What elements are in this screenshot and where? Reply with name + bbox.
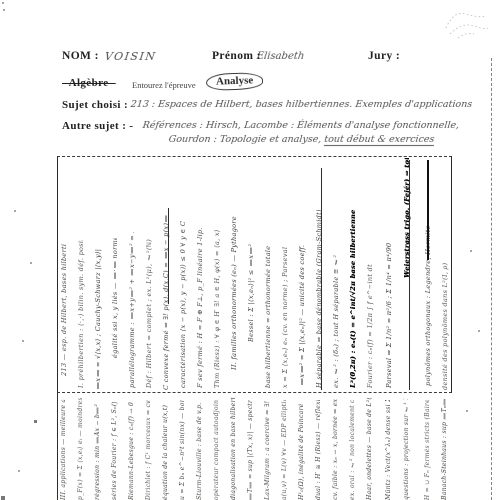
pen-rule-heavy — [427, 160, 429, 260]
references-line2: Gourdon : Topologie et analyse, tout déb… — [168, 134, 435, 145]
handwriting-column: p_F(x) = Σ ⟨x,eᵢ⟩ eᵢ — moindres carrés — [77, 398, 88, 500]
handwriting-column: diagonalisation en base hilbertienne — [230, 398, 241, 500]
scan-noise — [18, 470, 20, 472]
handwriting-column: Haar, ondelettes — base de L²(0,1) — [366, 398, 377, 500]
algebre-label-struck: - Algèbre - — [62, 77, 116, 89]
scan-edge-dashed-line — [491, 58, 492, 500]
handwriting-column: x = Σ ⟨x,eₙ⟩ eₙ (cv. en norme) ; Parseva… — [281, 160, 292, 388]
handwriting-column: Dirichlet : f C¹ morceaux ⇒ cv. simple — [145, 400, 156, 500]
scan-noise — [470, 250, 472, 252]
handwriting-column: ‖x‖ = √⟨x,x⟩ ; Cauchy-Schwarz |⟨x,y⟩| ≤ … — [94, 246, 105, 390]
handwriting-column: ex. ℓ² : (δₙ) ; tout H séparable ≅ ℓ² — [332, 172, 343, 389]
handwriting-column: F sev fermé : H = F ⊕ F⊥, p_F linéaire 1… — [196, 200, 207, 389]
handwriting-column: Banach-Steinhaus : sup ‖Tₙ‖ < ∞ — [441, 398, 452, 500]
sujet-choisi-label: Sujet choisi : — [62, 99, 128, 111]
handwriting-column: densité des polynômes dans L²(I, ρ) — [441, 162, 452, 390]
handwriting-column: parallélogramme : ‖x+y‖² + ‖x−y‖² = 2‖x‖… — [128, 232, 139, 389]
handwriting-column: dual : H′ ≅ H (Riesz) — réflexif — [315, 400, 326, 500]
frame-left-border-extension — [57, 393, 58, 500]
prenom-value: Elisabeth — [256, 51, 305, 62]
handwriting-column: Lax-Milgram : a coercive ⇒ ∃! u — [264, 399, 275, 500]
scan-noise — [22, 340, 24, 342]
pencil-scribble-stamp — [440, 4, 492, 44]
handwriting-column-emphasized: L²(0,2π) : eₙ(t) = e^int/√2π base hilber… — [349, 160, 360, 388]
references-line1: Références : Hirsch, Lacombe : Éléments … — [142, 120, 460, 131]
handwriting-column: Müntz : Vect(x^λₙ) dense ssi Σ 1/λₙ = ∞ — [385, 400, 396, 500]
scan-noise — [478, 330, 480, 332]
handwriting-column: 213 — esp. de Hilbert, bases hilbertienn… — [60, 244, 71, 377]
nom-value: VOISIN — [104, 50, 157, 63]
references-line2a: Gourdon : Topologie et analyse, — [168, 134, 325, 145]
nom-label: NOM : — [62, 50, 99, 62]
pen-rule — [321, 168, 322, 390]
handwriting-column: Déf : Hilbert = complet ; ex. L²(μ), ℓ²(… — [145, 228, 156, 388]
sujet-choisi-value: 213 : Espaces de Hilbert, bases hilberti… — [130, 99, 473, 110]
scan-noise — [14, 210, 16, 212]
handwriting-column: a(u,v) = L(v) ∀v — EDP elliptiques — [281, 400, 292, 500]
handwriting-column: cv. faible : xₙ ⇀ x, bornée ⇒ extr. — [332, 399, 343, 500]
analyse-label-circled: Analyse — [206, 72, 264, 91]
scanned-exam-sheet: NOM : VOISIN Prénom : Elisabeth Jury : -… — [0, 0, 500, 500]
handwriting-column: H¹₀(Ω), inégalité de Poincaré — [298, 398, 309, 500]
handwriting-column: ex. oral : ℓ² non localement compact — [349, 400, 360, 500]
handwriting-column: caractérisation ⟨x − p(x), y − p(x)⟩ ≤ 0… — [179, 206, 190, 388]
handwriting-column: ‖T‖ = sup |⟨Tx, x⟩| — spectre — [247, 400, 258, 500]
handwriting-column: u = Σ bₙ e^−n²t sin(nx) — bord nul — [179, 400, 190, 500]
handwriting-column: questions : projection sur ℓ¹ ? non — [403, 399, 414, 500]
references-line2b-underlined: tout début & exercices — [324, 134, 436, 146]
handwriting-column: séries de Fourier : f ∈ L², Sₙ(f) → f — [111, 402, 122, 500]
handwriting-column: base hilbertienne = orthonormée totale — [264, 166, 275, 389]
handwriting-column: Sturm-Liouville : base de v.p. — [196, 399, 207, 500]
handwriting-column: Bessel : Σ |⟨x,eₙ⟩|² ≤ ‖x‖² — [247, 162, 258, 342]
handwriting-column: égalité ssi x, y liés — ‖·‖ norme — [111, 238, 122, 358]
handwriting-column: Fourier : cₙ(f) = 1/2π ∫ f e^−int dt — [366, 164, 377, 388]
entourez-label: Entourez l'épreuve — [132, 80, 196, 90]
scan-noise — [30, 262, 32, 264]
handwriting-column: polynômes orthogonaux : Legendre, Hermit… — [424, 160, 435, 387]
handwriting-column: Riemann-Lebesgue : cₙ(f) → 0 — [128, 399, 139, 500]
scan-noise — [466, 410, 468, 412]
handwriting-column: opérateur compact autoadjoint : — [213, 400, 224, 500]
handwriting-column: III. applications — meilleure approximat… — [60, 400, 71, 500]
scan-noise — [34, 420, 37, 423]
handwriting-column: équation de la chaleur u(x,t) — [162, 398, 173, 500]
scan-noise — [1, 496, 5, 500]
pen-rule — [409, 160, 410, 390]
scan-noise — [3, 9, 5, 11]
prenom-label: Prénom : — [212, 50, 261, 62]
handwriting-column: ‖x‖² = Σ |⟨x,eₙ⟩|² — unicité des coeff. — [298, 186, 309, 386]
handwriting-column: I. préhilbertien : ⟨·,·⟩ bilin. sym. déf… — [77, 240, 88, 388]
handwriting-column: H = ∪ Fₙ fermés stricts (Baire) impossib… — [424, 400, 435, 500]
handwriting-column: Parseval ⇒ Σ 1/n² = π²/6 ; Σ 1/n⁴ = π⁴/9… — [385, 168, 396, 388]
jury-label: Jury : — [368, 50, 400, 62]
pen-rule — [168, 208, 169, 304]
scan-noise — [2, 2, 4, 4]
handwriting-column: Thm (Riesz) : ∀ φ ∈ H′ ∃! a ∈ H, φ(x) = … — [213, 164, 224, 388]
autre-sujet-label: Autre sujet : - — [62, 120, 133, 132]
handwriting-column: régression : min ‖Ax − b‖² — [94, 400, 105, 500]
handwriting-column: II. familles orthonormées (eₙ) — Pythago… — [230, 170, 241, 370]
